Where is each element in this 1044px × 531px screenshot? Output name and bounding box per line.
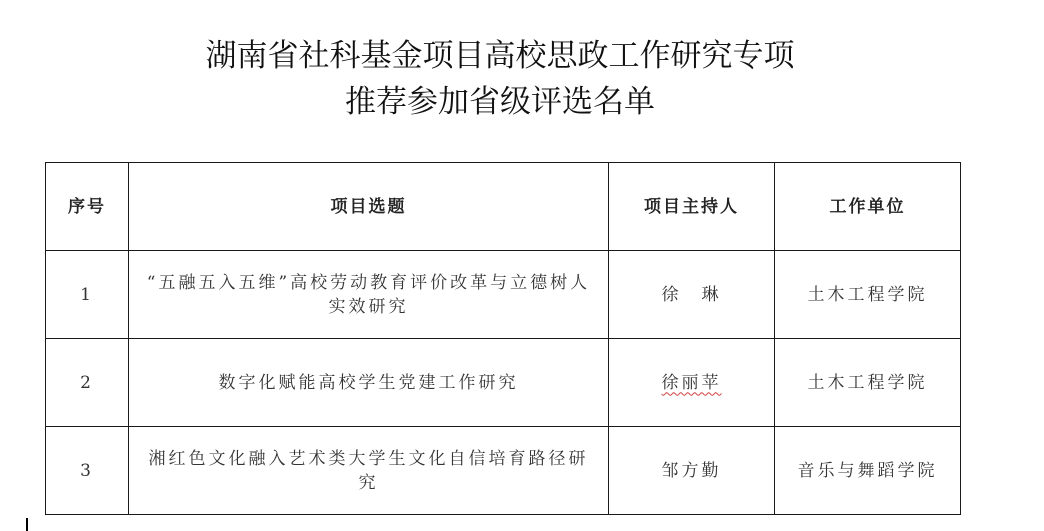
cell-serial-number: 1 <box>46 251 129 339</box>
header-project-host: 项目主持人 <box>609 163 775 251</box>
cell-project-host: 徐丽苹 <box>609 339 775 427</box>
table-row: 1 “五融五入五维”高校劳动教育评价改革与立德树人实效研究 徐 琳 土木工程学院 <box>46 251 961 339</box>
cell-work-unit: 土木工程学院 <box>775 339 961 427</box>
document-title-line-1: 湖南省社科基金项目高校思政工作研究专项 <box>0 36 1000 76</box>
header-work-unit: 工作单位 <box>775 163 961 251</box>
header-serial-number: 序号 <box>46 163 129 251</box>
cell-serial-number: 3 <box>46 427 129 515</box>
cell-serial-number: 2 <box>46 339 129 427</box>
recommendation-table: 序号 项目选题 项目主持人 工作单位 1 “五融五入五维”高校劳动教育评价改革与… <box>45 162 961 515</box>
cell-work-unit: 土木工程学院 <box>775 251 961 339</box>
table-row: 2 数字化赋能高校学生党建工作研究 徐丽苹 土木工程学院 <box>46 339 961 427</box>
cell-project-topic: 湘红色文化融入艺术类大学生文化自信培育路径研究 <box>129 427 609 515</box>
header-project-topic: 项目选题 <box>129 163 609 251</box>
cell-project-topic: 数字化赋能高校学生党建工作研究 <box>129 339 609 427</box>
text-cursor <box>26 518 28 531</box>
cell-project-host: 邹方勤 <box>609 427 775 515</box>
cell-project-topic: “五融五入五维”高校劳动教育评价改革与立德树人实效研究 <box>129 251 609 339</box>
spellcheck-flagged-name[interactable]: 徐丽苹 <box>662 373 722 393</box>
cell-project-host: 徐 琳 <box>609 251 775 339</box>
document-title-line-2: 推荐参加省级评选名单 <box>0 82 1000 122</box>
table-row: 3 湘红色文化融入艺术类大学生文化自信培育路径研究 邹方勤 音乐与舞蹈学院 <box>46 427 961 515</box>
table-header-row: 序号 项目选题 项目主持人 工作单位 <box>46 163 961 251</box>
cell-work-unit: 音乐与舞蹈学院 <box>775 427 961 515</box>
